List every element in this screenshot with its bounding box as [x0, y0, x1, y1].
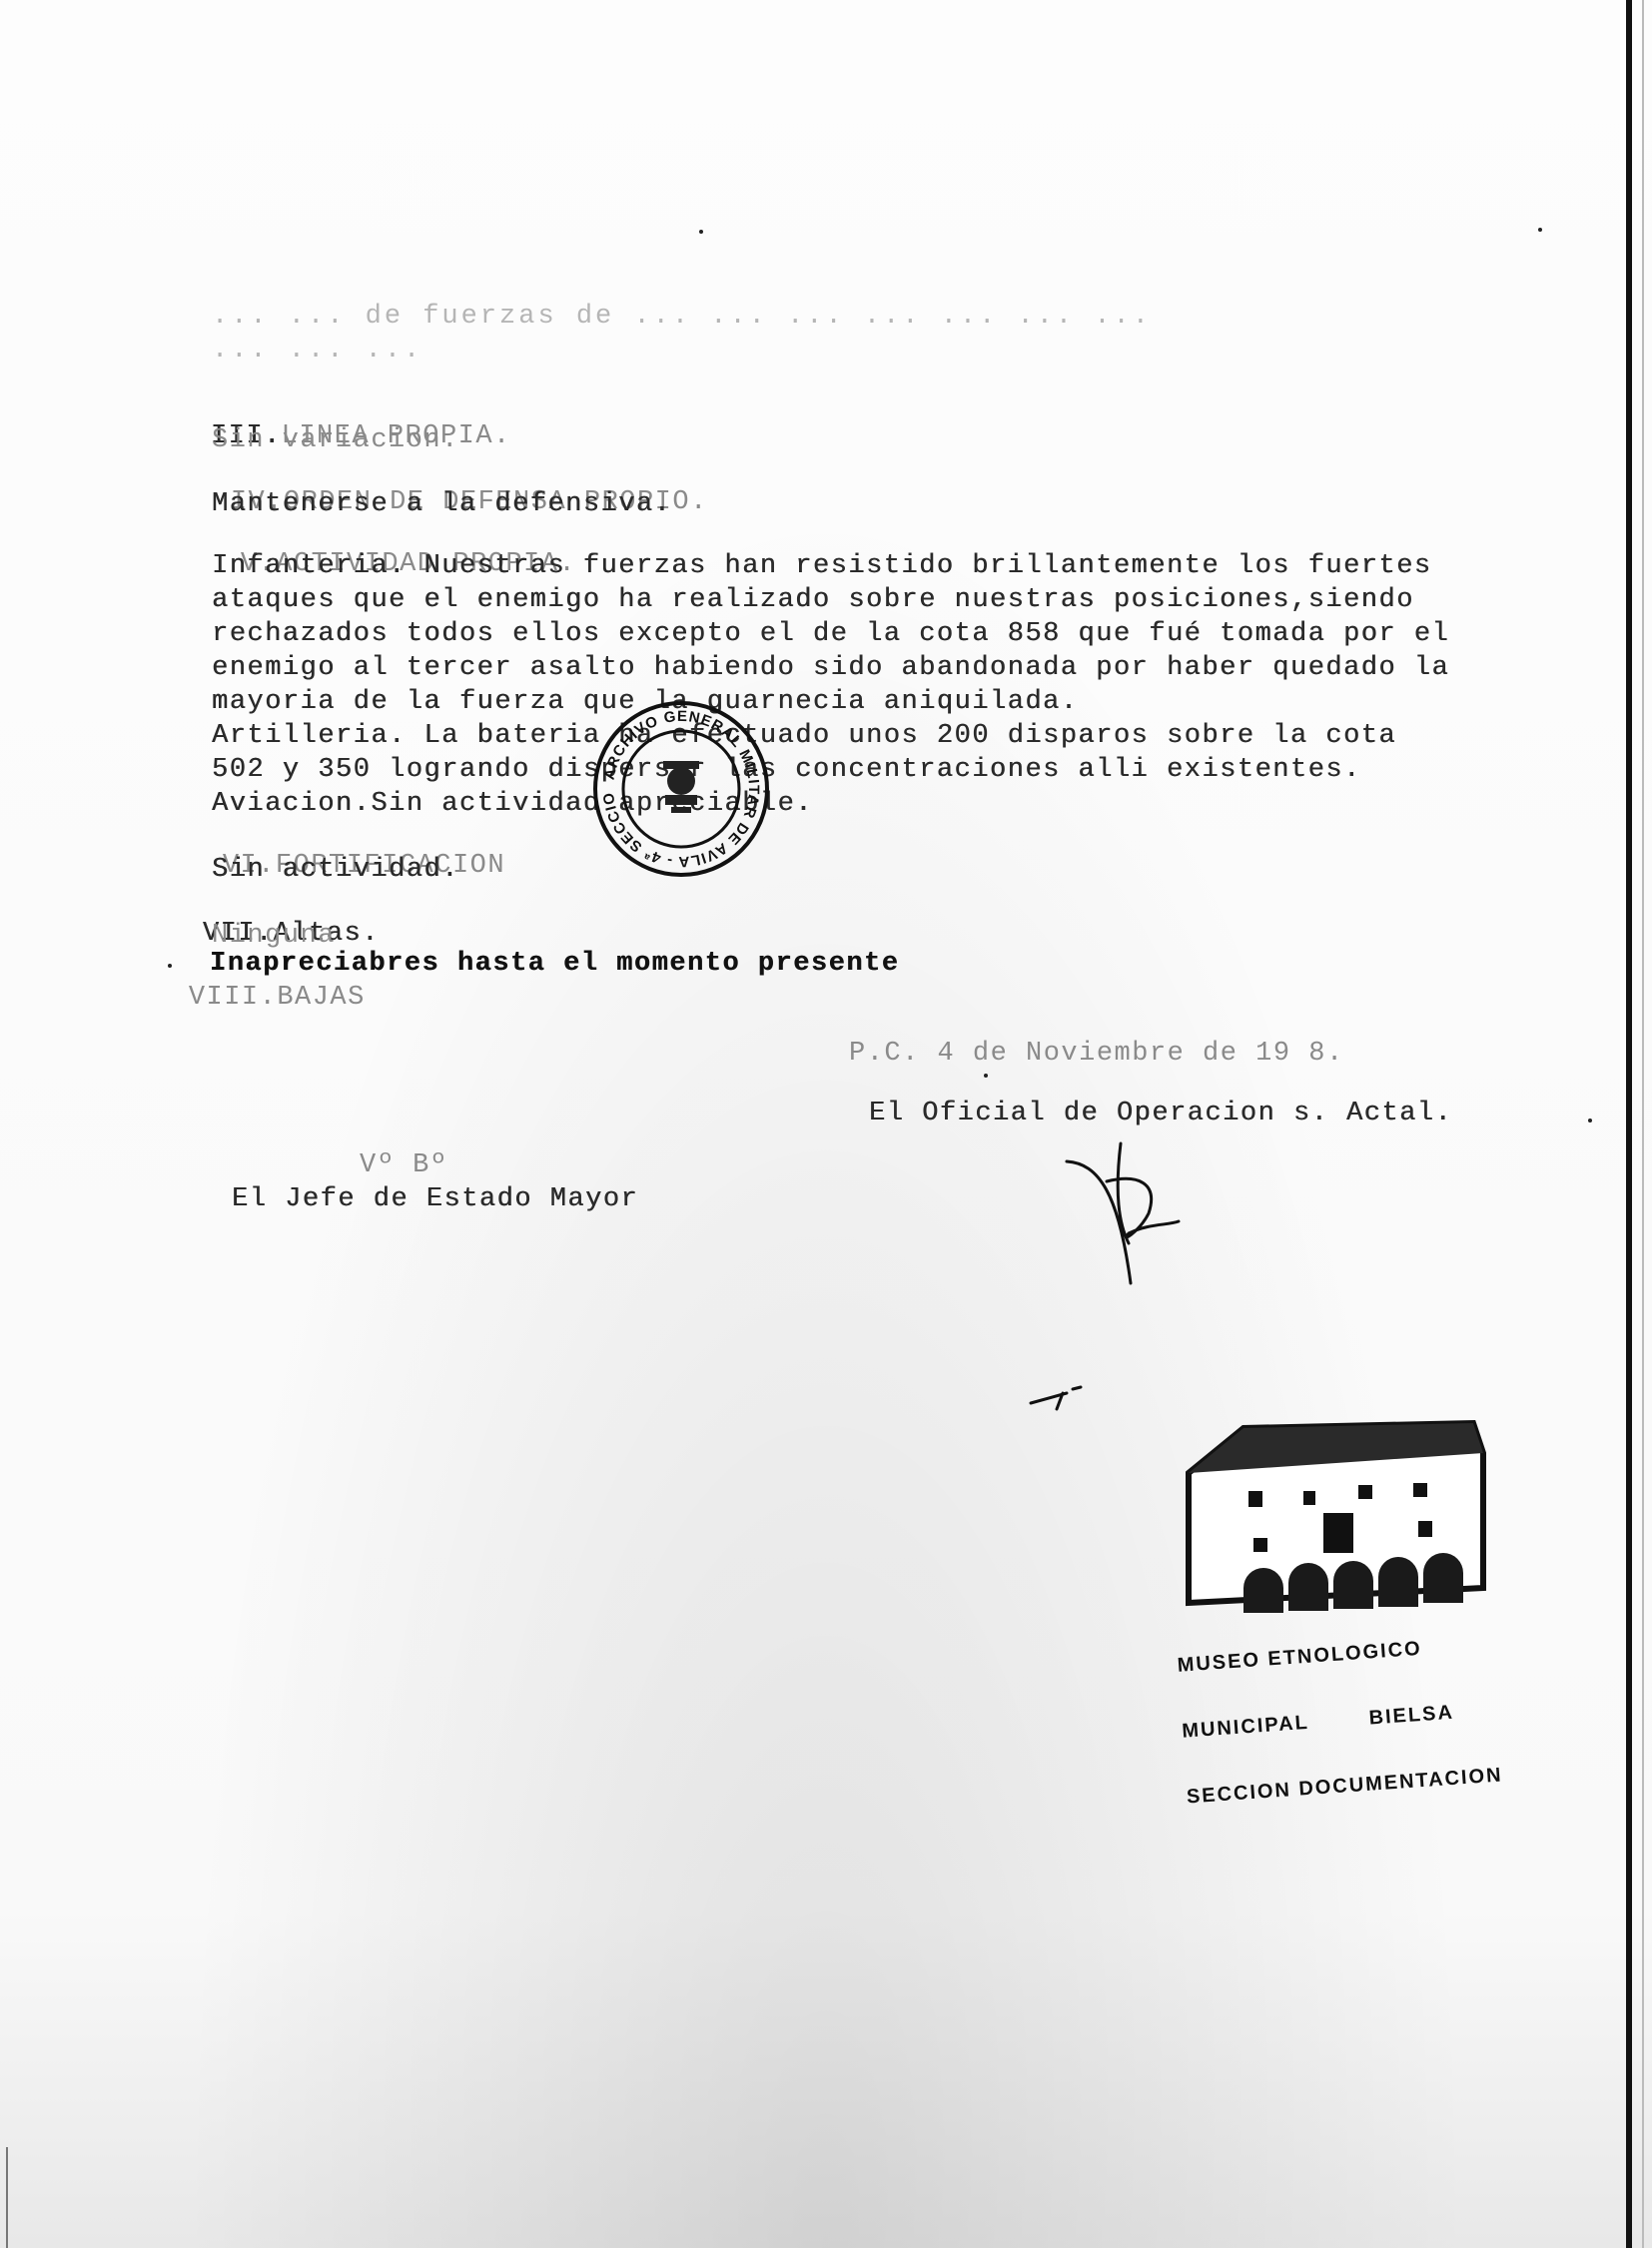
section-viii-body-text: Inapreciabres hasta el momento presente	[210, 949, 899, 979]
left-signatory-title: El Jefe de Estado Mayor	[232, 1184, 638, 1214]
header-line-1: ... ... de fuerzas de ... ... ... ... ..…	[212, 302, 1152, 332]
scan-edge-right-thin	[1642, 0, 1644, 2248]
section-vi-body: Sin actividad.	[212, 855, 459, 885]
section-v-body-line: enemigo al tercer asalto habiendo sido a…	[212, 653, 1449, 683]
scan-edge-left	[6, 2147, 8, 2248]
section-iii-body: Sin variacion.	[212, 425, 459, 455]
speck	[1538, 228, 1542, 232]
pen-mark-icon	[1029, 1383, 1089, 1413]
museum-stamp-line-1: MUSEO ETNOLOGICO	[1177, 1633, 1494, 1677]
scanned-document-page: ... ... de fuerzas de ... ... ... ... ..…	[0, 0, 1652, 2248]
museum-building-icon	[1174, 1413, 1493, 1613]
section-v-body-line: rechazados todos ellos excepto el de la …	[212, 619, 1449, 649]
speck	[168, 964, 172, 968]
date-line: P.C. 4 de Noviembre de 19 8.	[849, 1039, 1344, 1069]
museum-stamp-line-3: SECCION DOCUMENTACION	[1186, 1764, 1503, 1808]
speck	[1588, 1119, 1592, 1123]
section-iv-body: Mantenerse a la defensiva.	[212, 489, 671, 519]
header-line-2: ... ... ...	[212, 336, 422, 366]
circular-archive-seal-icon: ARCHIVO GENERAL MILITAR DE AVILA - 4ª SE…	[591, 699, 771, 879]
section-title: BAJAS	[277, 983, 366, 1013]
vobo-label: Vº Bº	[360, 1150, 448, 1180]
speck	[699, 230, 703, 234]
speck	[984, 1074, 988, 1078]
scan-edge-right	[1626, 0, 1632, 2248]
handwritten-signature-icon	[1059, 1133, 1189, 1293]
right-signatory-title: El Oficial de Operacion s. Actal.	[869, 1099, 1452, 1128]
section-number: VIII.	[189, 983, 278, 1013]
section-v-body-line: Infanteria. Nuestras fuerzas han resisti…	[212, 551, 1431, 581]
section-v-body-line: Artilleria. La bateria ha efectuado unos…	[212, 721, 1396, 751]
section-v-body-line: ataques que el enemigo ha realizado sobr…	[212, 585, 1414, 615]
section-v-body-line: 502 y 350 logrando dispersar las concent…	[212, 755, 1361, 785]
museum-stamp: MUSEO ETNOLOGICO MUNICIPAL BIELSA SECCIO…	[1174, 1413, 1493, 1683]
section-vii-body: Ninguna	[212, 921, 336, 951]
museum-stamp-line-2: MUNICIPAL BIELSA	[1182, 1699, 1499, 1743]
